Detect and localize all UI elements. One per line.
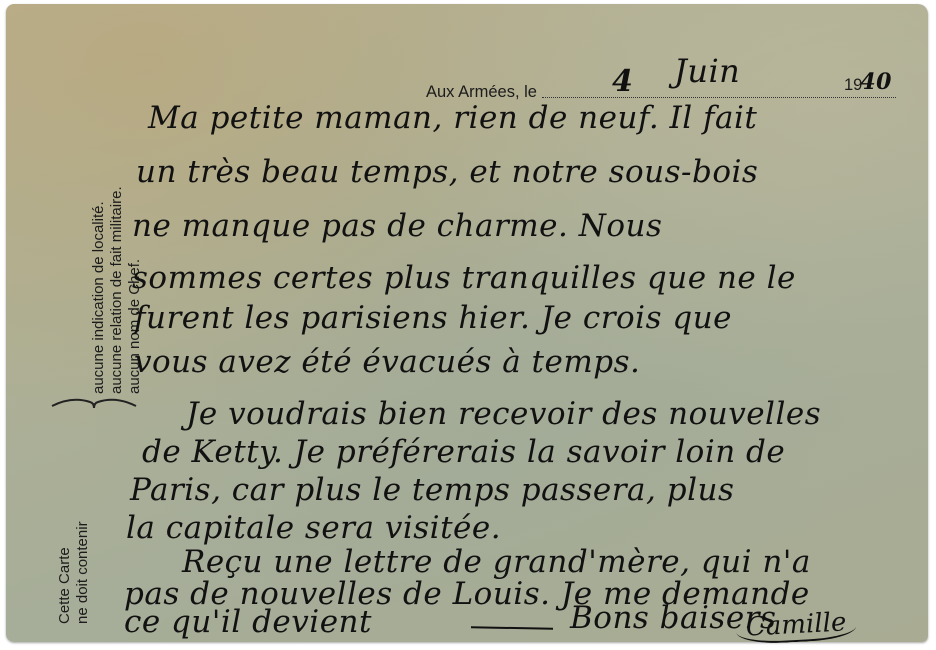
notice-item: aucune relation de fait militaire. [108, 186, 126, 394]
letter-line: Ma petite maman, rien de neuf. Il fait [148, 100, 757, 136]
letter-line: vous avez été évacués à temps. [134, 344, 640, 380]
letter-line: Je voudrais bien recevoir des nouvelles [186, 396, 821, 432]
date-month: Juin [674, 52, 740, 90]
letter-line: furent les parisiens hier. Je crois que [134, 300, 732, 336]
postcard: Aux Armées, le 4 Juin 19 40 Cette Carte … [6, 4, 928, 642]
letter-line: sommes certes plus tranquilles que ne le [132, 260, 796, 296]
letter-line: de Ketty. Je préférerais la savoir loin … [142, 434, 785, 470]
notice-title-line1: Cette Carte [56, 521, 74, 624]
brace-icon [50, 394, 138, 410]
date-day: 4 [612, 64, 633, 99]
notice-title: Cette Carte ne doit contenir [56, 521, 92, 624]
signature: Camille [735, 607, 857, 645]
censorship-notice: Cette Carte ne doit contenir aucune indi… [32, 64, 142, 634]
notice-item: aucune indication de localité. [90, 186, 108, 394]
date-line: Aux Armées, le [426, 76, 896, 102]
notice-title-line2: ne doit contenir [74, 521, 92, 624]
letter-line: la capitale sera visitée. [126, 510, 501, 546]
letter-line: Paris, car plus le temps passera, plus [130, 472, 734, 508]
date-dotted-line [542, 97, 896, 98]
letter-line: un très beau temps, et notre sous-bois [136, 154, 758, 190]
handwritten-dash [471, 626, 553, 629]
date-year-handwritten: 40 [860, 69, 892, 95]
letter-line: Reçu une lettre de grand'mère, qui n'a [182, 544, 811, 580]
letter-line: ne manque pas de charme. Nous [132, 208, 662, 244]
letter-line: ce qu'il devient [124, 604, 372, 640]
date-year: 19 40 [844, 76, 892, 95]
